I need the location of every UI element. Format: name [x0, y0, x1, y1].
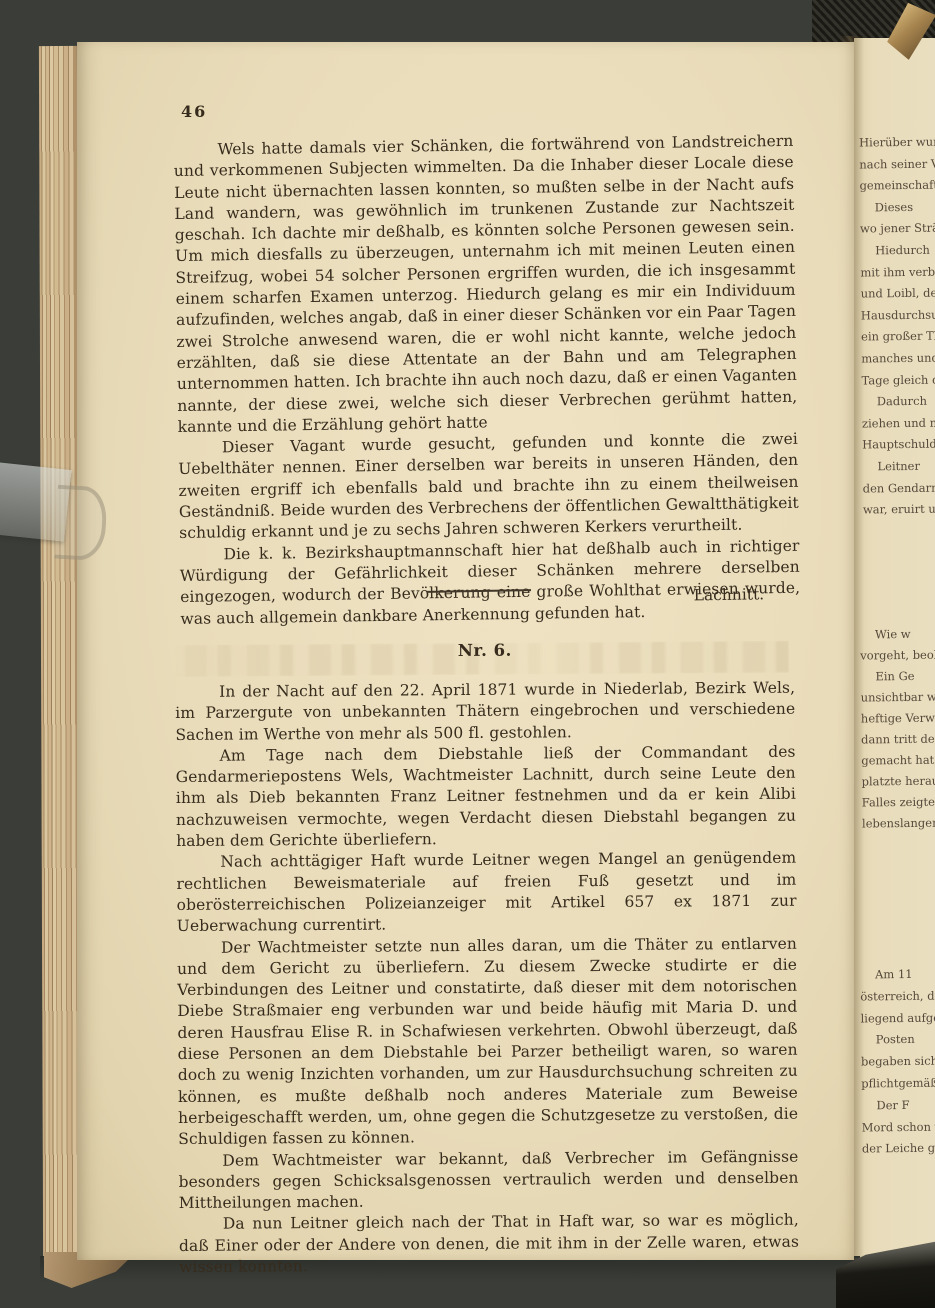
fragment-line: gemeinschaftlich [859, 175, 935, 198]
fragment-line: pflichtgemäß v [861, 1073, 935, 1096]
paragraph: Nach achttägiger Haft wurde Leitner wege… [176, 848, 797, 938]
fragment-line: gemacht hat, [861, 750, 935, 772]
fragment-line: dann tritt der [861, 729, 935, 751]
paragraph: Dieser Vagant wurde gesucht, gefunden un… [178, 429, 800, 545]
fragment-line: Der F [861, 1094, 935, 1117]
fragment-line: war, eruirt unt [863, 499, 935, 522]
fragment-line: ein großer Thei [861, 326, 935, 349]
fragment-line: Mord schon v [862, 1116, 935, 1139]
fragment-line: Hierüber wurden [859, 132, 935, 155]
fragment-line: platzte heraus, [861, 771, 935, 793]
book-page: 46 Lachnitt. Wels hatte damals vier Schä… [77, 42, 854, 1260]
fragment-line: Hausdurchsuchu [861, 304, 935, 327]
paragraph: Die k. k. Bezirkshauptmannschaft hier ha… [179, 535, 800, 629]
fragment-line: vorgeht, beobac [860, 645, 935, 667]
fragment-line: Ein Ge [860, 666, 935, 688]
paragraph: Dem Wachtmeister war bekannt, daß Verbre… [178, 1146, 798, 1214]
fragment-line: heftige Verwün [861, 708, 935, 730]
facing-page-fragments-middle: Wie wvorgeht, beobacEin Geunsichtbar war… [860, 624, 935, 835]
page-stack-edge [39, 46, 81, 1260]
fragment-line: Am 11 [860, 964, 935, 987]
fragment-line: Falles zeigte, [862, 792, 935, 814]
facing-page-fragments-bottom: Am 11österreich, dieliegend aufgefPosten… [860, 964, 935, 1161]
fragment-line: Hiedurch [860, 240, 935, 263]
fragment-line: Hauptschuldiger [862, 434, 935, 457]
paragraph: In der Nacht auf den 22. April 1871 wurd… [175, 678, 795, 746]
fragment-line: Wie w [860, 624, 935, 646]
paragraph: Da nun Leitner gleich nach der That in H… [179, 1210, 799, 1278]
paragraph: Der Wachtmeister setzte nun alles daran,… [177, 933, 798, 1150]
fragment-line: ziehen und nich [862, 412, 935, 435]
paragraph: Wels hatte damals vier Schänken, die for… [173, 131, 797, 438]
fragment-line: mit ihm verbun [860, 261, 935, 284]
fragment-line: den Gendarmen [863, 477, 935, 500]
fragment-line: nach seiner Verf [859, 153, 935, 176]
fragment-line: wo jener Sträf [860, 218, 935, 241]
fragment-line: Posten [861, 1029, 935, 1052]
fragment-line: und Loibl, den [861, 283, 935, 306]
facing-page-sliver: Hierüber wurdennach seiner Verfgemeinsch… [854, 38, 935, 1260]
paragraph: Am Tage nach dem Diebstahle ließ der Com… [176, 742, 797, 853]
book-scan-photo: { "page": { "number": "46", "paragraphs_… [0, 0, 935, 1308]
fragment-line: Leitner [862, 455, 935, 478]
report-nr6-section: Nr. 6. In der Nacht auf den 22. April 18… [175, 639, 799, 1279]
fragment-line: liegend aufgef [860, 1007, 935, 1030]
fragment-line: lebenslangem [862, 813, 935, 835]
signature-lachnitt: Lachnitt. [693, 584, 764, 606]
fragment-line: der Leiche gef [862, 1138, 935, 1161]
fragment-line: Dadurch [862, 391, 935, 414]
facing-page-fragments-top: Hierüber wurdennach seiner Verfgemeinsch… [859, 132, 935, 522]
report-nr6-text: In der Nacht auf den 22. April 1871 wurd… [175, 678, 799, 1279]
report-nr5-text: Lachnitt. Wels hatte damals vier Schänke… [173, 131, 800, 630]
fragment-line: österreich, die [860, 985, 935, 1008]
page-number: 46 [181, 102, 207, 121]
fragment-line: unsichtbar war. [861, 687, 935, 709]
fragment-line: begaben sich [861, 1051, 935, 1074]
fragment-line: Tage gleich drei [861, 369, 935, 392]
fragment-line: manches und an [861, 347, 935, 370]
fragment-line: Dieses [860, 196, 935, 219]
